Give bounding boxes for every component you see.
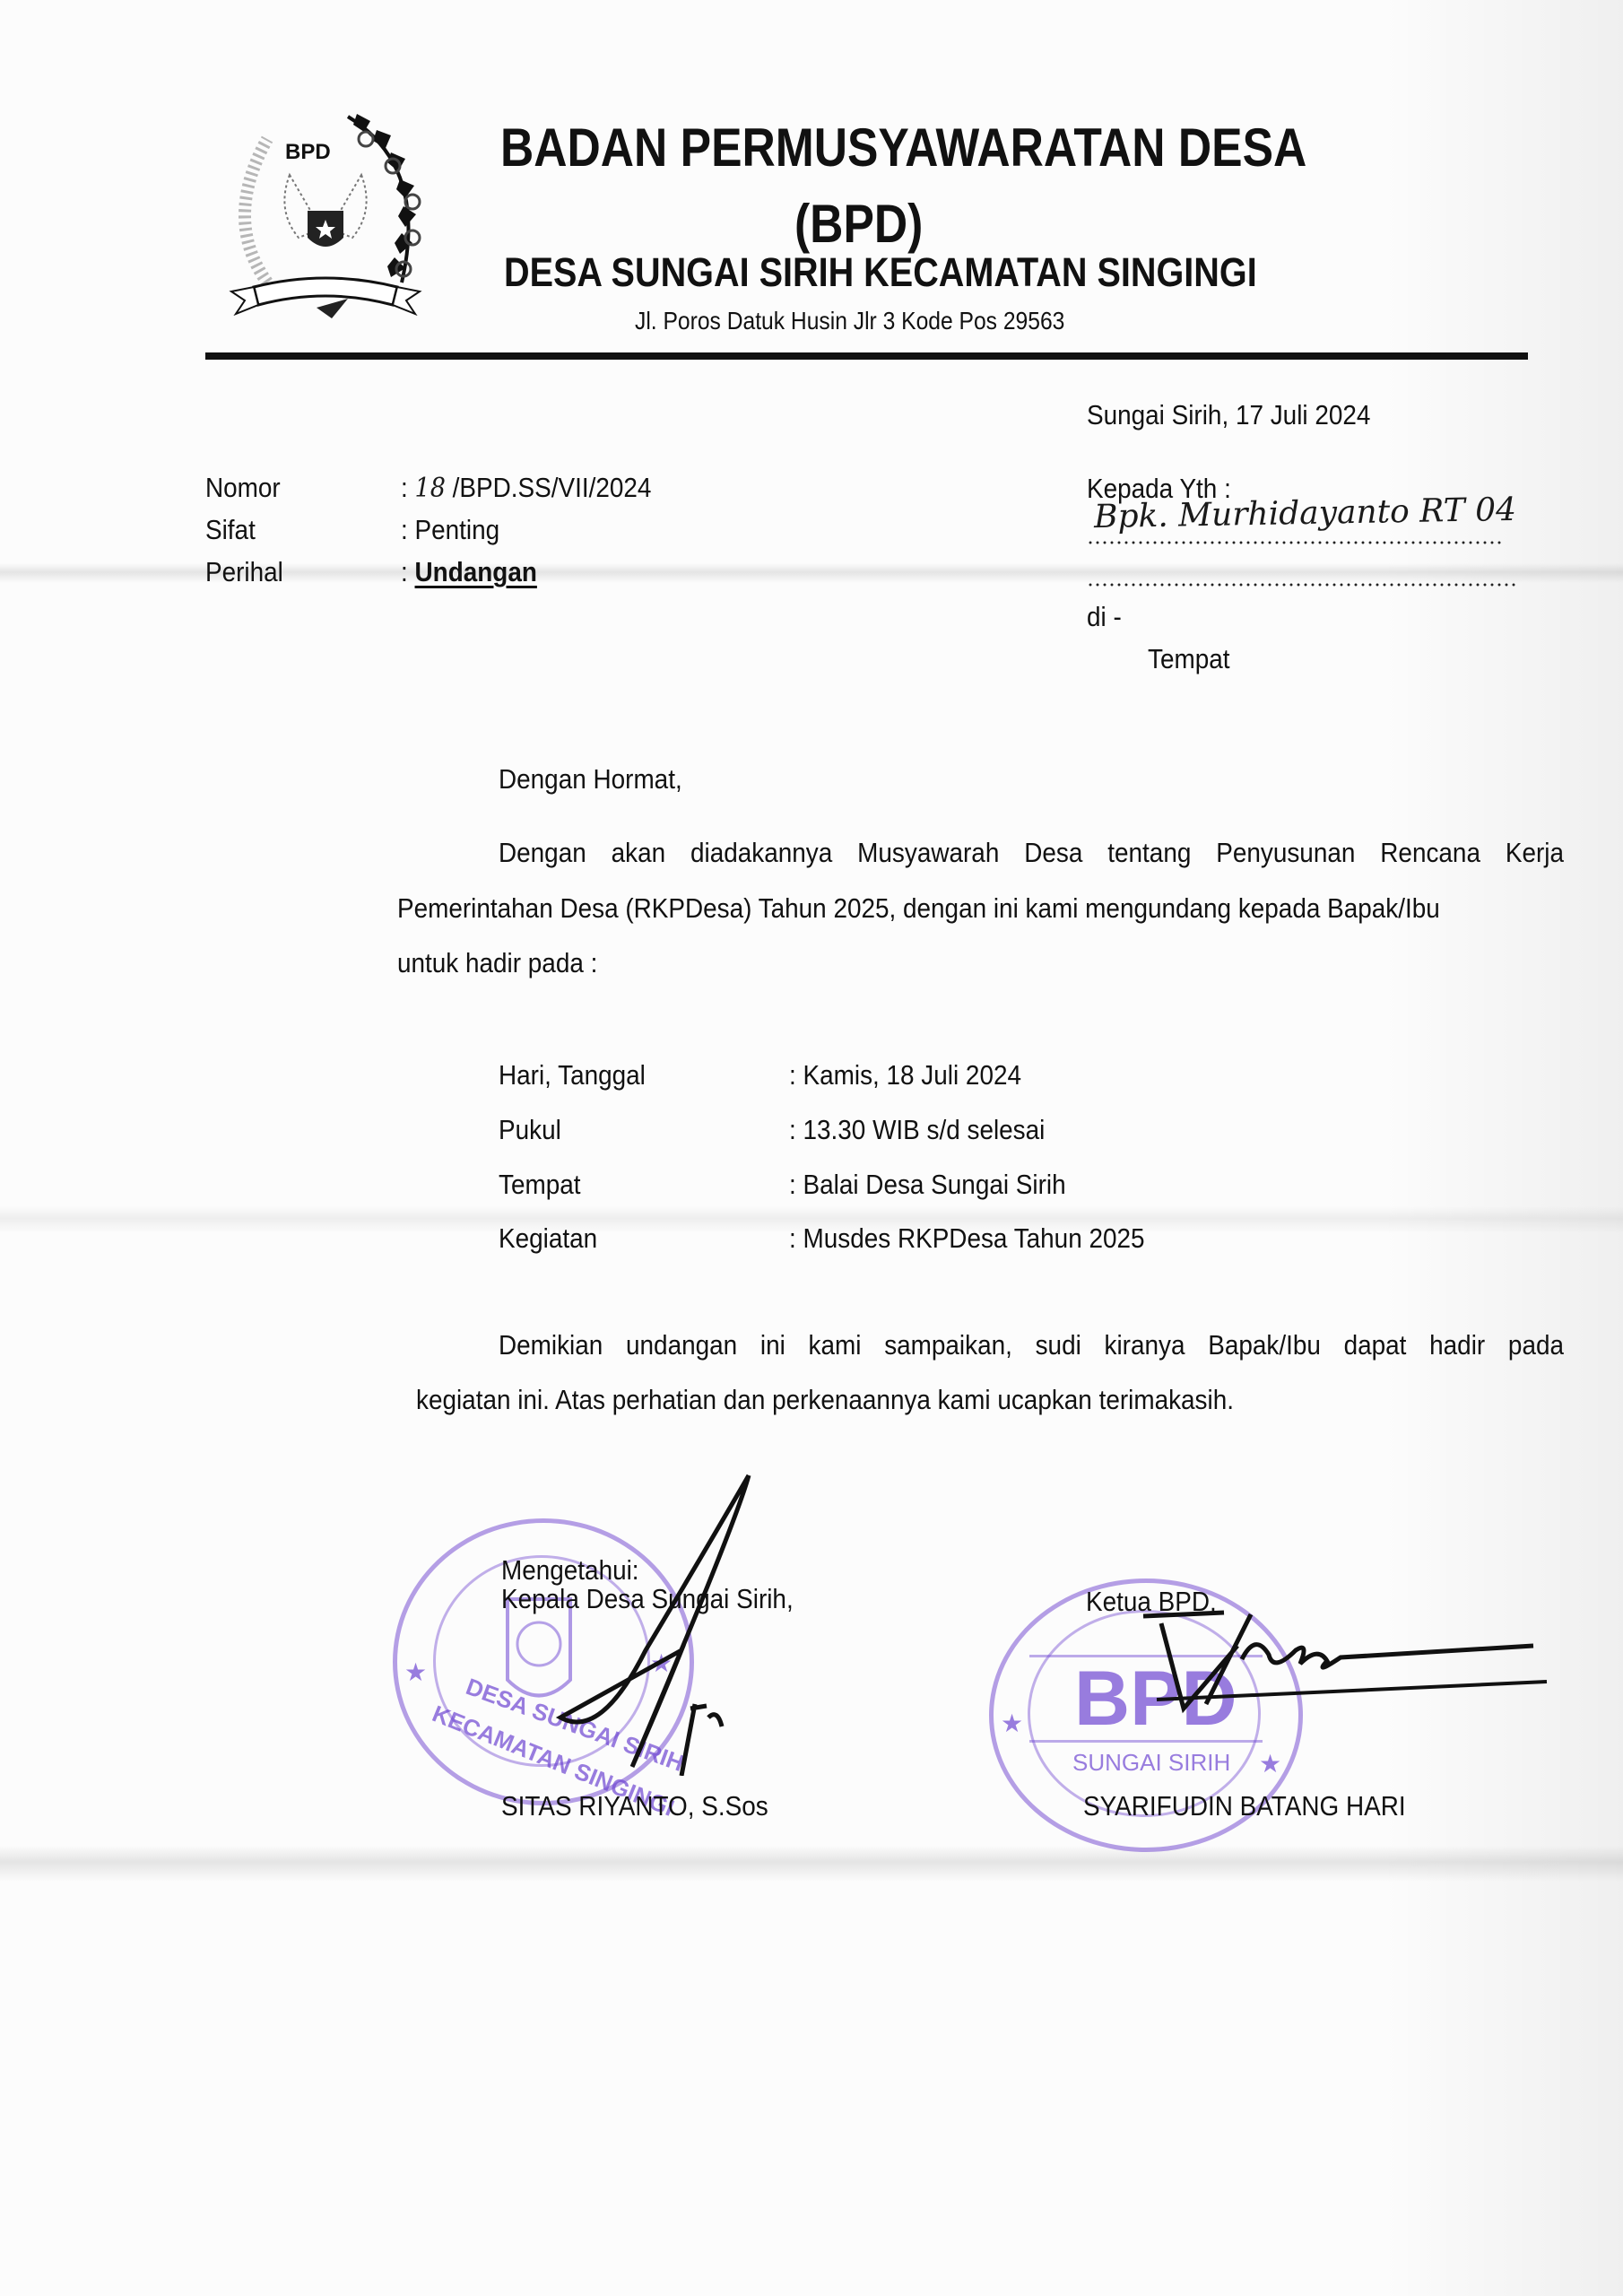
star-icon: ★: [1259, 1749, 1281, 1779]
org-name: BADAN PERMUSYAWARATAN DESA: [500, 117, 1306, 178]
village-head-signature: [538, 1471, 771, 1776]
signatory-name: SITAS RIYANTO, S.Sos: [501, 1790, 768, 1822]
meta-label-nomor: Nomor: [205, 472, 281, 504]
bpd-chair-signature: [1139, 1605, 1551, 1722]
detail-value: : 13.30 WIB s/d selesai: [789, 1114, 1045, 1146]
recipient-dotted-line-1: [1087, 541, 1504, 544]
handwritten-number: 18: [415, 473, 446, 504]
place-date: Sungai Sirih, 17 Juli 2024: [1087, 399, 1370, 431]
star-icon: ★: [404, 1657, 427, 1687]
fold-crease: [0, 1846, 1623, 1882]
svg-text:BPD: BPD: [285, 140, 331, 164]
detail-label: Kegiatan: [499, 1222, 597, 1255]
star-icon: ★: [1001, 1709, 1023, 1738]
detail-label: Pukul: [499, 1114, 561, 1146]
detail-value: : Musdes RKPDesa Tahun 2025: [789, 1222, 1145, 1255]
meta-label-sifat: Sifat: [205, 514, 256, 546]
meta-value-sifat: : Penting: [401, 514, 499, 546]
closing-line-1: Demikian undangan ini kami sampaikan, su…: [499, 1329, 1564, 1361]
letterhead-rule: [205, 352, 1528, 360]
garuda-emblem-icon: BPD: [213, 103, 447, 336]
org-address: Jl. Poros Datuk Husin Jlr 3 Kode Pos 295…: [635, 307, 1064, 335]
meta-value-perihal: : Undangan: [401, 556, 537, 588]
org-abbr: (BPD): [794, 193, 923, 255]
signatory-name: SYARIFUDIN BATANG HARI: [1083, 1790, 1406, 1822]
meta-value-nomor: : 18 /BPD.SS/VII/2024: [401, 472, 651, 504]
opening-line-1: Dengan akan diadakannya Musyawarah Desa …: [499, 837, 1564, 869]
letter-paper: [0, 0, 1623, 2296]
detail-value: : Balai Desa Sungai Sirih: [789, 1169, 1066, 1201]
recipient-location-prefix: di -: [1087, 601, 1122, 633]
recipient-dotted-line-2: [1087, 583, 1515, 587]
detail-label: Hari, Tanggal: [499, 1059, 646, 1091]
salutation: Dengan Hormat,: [499, 763, 682, 796]
opening-line-3: untuk hadir pada :: [397, 947, 597, 979]
detail-value: : Kamis, 18 Juli 2024: [789, 1059, 1021, 1091]
detail-label: Tempat: [499, 1169, 581, 1201]
closing-line-2: kegiatan ini. Atas perhatian dan perkena…: [416, 1384, 1234, 1416]
recipient-location: Tempat: [1148, 643, 1230, 675]
meta-label-perihal: Perihal: [205, 556, 283, 588]
village-name: DESA SUNGAI SIRIH KECAMATAN SINGINGI: [504, 249, 1257, 296]
bpd-logo: BPD: [213, 103, 447, 336]
recipient-name-handwritten: Bpk. Murhidayanto RT 04: [1094, 491, 1517, 535]
opening-line-2: Pemerintahan Desa (RKPDesa) Tahun 2025, …: [397, 892, 1440, 925]
